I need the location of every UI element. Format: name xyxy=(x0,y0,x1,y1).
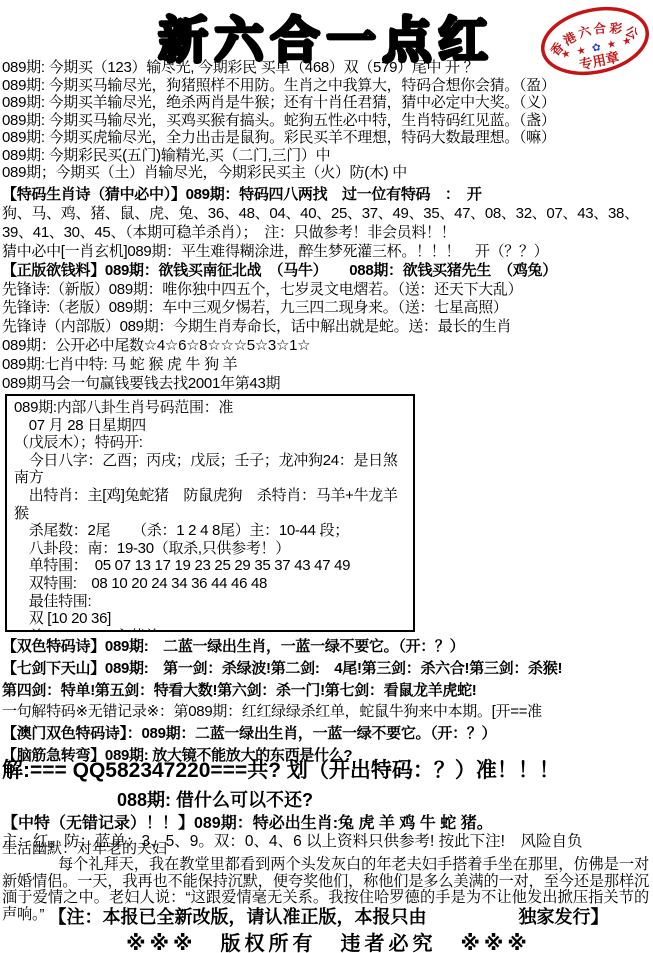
bagua-info-box: 089期:内部八卦生肖号码范围：准 07 月 28 日星期四 （戊辰木）；特码开… xyxy=(5,394,415,632)
box-line: 今日八字：乙酉；丙戌；戊辰；壬子；龙冲狗24：是日煞南方 xyxy=(14,452,406,487)
seven-swords-line: 第四剑：特单!第五剑：特看大数!第六剑：杀一门!第七剑：看鼠龙羊虎蛇! xyxy=(2,680,653,702)
notice-right-text: 独家发行】 xyxy=(519,907,609,927)
zodiac-numbers-row: 狗、马、鸡、猪、鼠、虎、兔、36、48、04、40、25、37、49、35、47… xyxy=(2,205,653,224)
zodiac-poem-header: 【特码生肖诗（猜中必中）】089期：特码四八两找 过一位有特码 ： 开 xyxy=(2,186,653,205)
verse-section: 【特码生肖诗（猜中必中）】089期：特码四八两找 过一位有特码 ： 开 狗、马、… xyxy=(2,186,653,394)
tip-line: 089期: 今期买羊输尽光，绝杀两肖是牛猴；还有十肖任君猜，猜中必定中大奖。（义… xyxy=(2,94,653,112)
qq-answer-line: 解:=== QQ582347220===共? 划（开出特码：？）准！！！ xyxy=(2,754,653,784)
previous-teaser-line: 088期: 借什么可以不还? xyxy=(117,786,653,812)
tip-line: 089期；今期买（土）肖输尽光，今期彩民买主（火）防(木) 中 xyxy=(2,164,653,182)
copyright-line: ※※※ 版权所有 违者必究 ※※※ xyxy=(2,927,653,953)
pioneer-poem-new: 先锋诗:（新版）089期：唯你独中四五个，七岁灵文电熠若。（送：还天下大乱） xyxy=(2,281,653,300)
lower-tips-section: 【双色特码诗】089期: 二蓝一绿出生肖，一蓝一绿不要它。（开：？） 【七剑下天… xyxy=(2,636,653,767)
box-line: 出特肖：主[鸡]兔蛇猪 防鼠虎狗 杀特肖：马羊+牛龙羊猴 xyxy=(14,487,406,522)
one-zodiac-mystery-line: 猜中必中[一肖玄机]089期：平生难得糊涂进，醉生梦死灌三杯。！！！ 开（？？） xyxy=(2,243,653,262)
box-line: 07 月 28 日星期四 xyxy=(14,417,406,435)
box-line: 双特围: 08 10 20 24 34 36 44 46 48 xyxy=(14,575,406,593)
period-tips-section: 089期: 今期买（123）输尽光, 今期彩民 买单（468）双（579）尾中 … xyxy=(2,59,653,182)
notice-left-text: 【注：本报已全新改版，请认准正版，本报只由 xyxy=(49,907,427,927)
two-color-poem-line: 【双色特码诗】089期: 二蓝一绿出生肖，一蓝一绿不要它。（开：？） xyxy=(2,636,653,658)
box-line: 最佳特围: xyxy=(14,593,406,611)
one-phrase-line: 一句解特码※无错记录※：第089期：红红绿绿杀红单，蛇鼠牛狗来中本期。[开==准 xyxy=(2,701,653,723)
publisher-notice: 【注：本报已全新改版，请认准正版，本报只由独家发行】 xyxy=(2,903,653,929)
tail-numbers-line: 089期：公开必中尾数☆4☆6☆8☆☆☆5☆3☆1☆ xyxy=(2,337,653,356)
yuqian-line: 【正版欲钱料】089期：欲钱买南征北战 （马牛） 088期：欲钱买猪先生 （鸡兔… xyxy=(2,262,653,281)
pioneer-poem-old: 先锋诗:（老版）089期：车中三观夕惕若，九三四二现身来。（送：七星高照） xyxy=(2,299,653,318)
box-line: 单特围： 05 07 13 17 19 23 25 29 35 37 43 47… xyxy=(14,557,406,575)
box-line: 杀尾数：2尾 （杀：1 2 4 8尾）主：10-44 段； xyxy=(14,522,406,540)
tip-line: 089期: 今期买马输尽光，买鸡买猴有搞头。蛇狗五性必中特，生肖特码红见蓝。（盏… xyxy=(2,112,653,130)
pioneer-poem-internal: 先锋诗（内部版）089期：今期生肖寿命长，话中解出就是蛇。送：最长的生肖 xyxy=(2,318,653,337)
box-line: 089期:内部八卦生肖号码范围：准 xyxy=(14,399,406,417)
tip-line: 089期: 今期买（123）输尽光, 今期彩民 买单（468）双（579）尾中 … xyxy=(2,59,653,77)
tip-line: 089期: 今期彩民买(五门)输精光,买（二门,三门）中 xyxy=(2,147,653,165)
lottery-tip-sheet: 新六合一点红 香港六合彩公司 ★ ★ ✿ ★ ★ 专用章 089期: 今期买（1… xyxy=(0,0,653,953)
seven-zodiac-line: 089期:七肖中特: 马 蛇 猴 虎 牛 狗 羊 xyxy=(2,356,653,375)
zodiac-numbers-row: 39、41、30、45、（本期可稳羊杀肖）； 注：只做参考！非会员料！！ xyxy=(2,224,653,243)
mahui-phrase-line: 089期马会一句赢钱要钱去找2001年第43期 xyxy=(2,375,653,394)
redacted-blank xyxy=(427,913,519,923)
box-line: （戊辰木）；特码开: xyxy=(14,434,406,452)
tip-line: 089期: 今期买马输尽光，狗猪照样不用防。生肖之中我算大，特码合想你会猜。（盈… xyxy=(2,77,653,95)
seven-swords-line: 【七剑下天山】089期: 第一剑：杀绿波!第二剑: 4尾!第三剑：杀六合!第三剑… xyxy=(2,658,653,680)
box-line: 双 [10 20 36] xyxy=(14,610,406,628)
box-line: 单 [25 37 47] 主蓝单 xyxy=(14,628,406,632)
macau-poem-line: 【澳门双色特码诗】：089期：二蓝一绿出生肖，一蓝一绿不要它。（开：？） xyxy=(2,723,653,745)
tip-line: 089期: 今期买虎输尽光，全力出击是鼠狗。彩民买羊不理想，特码大数最理想。（嘛… xyxy=(2,129,653,147)
box-line: 八卦段：南：19-30（取杀,只供参考！） xyxy=(14,540,406,558)
humor-title: 生活幽默：对年老的夫妇 xyxy=(2,841,653,857)
